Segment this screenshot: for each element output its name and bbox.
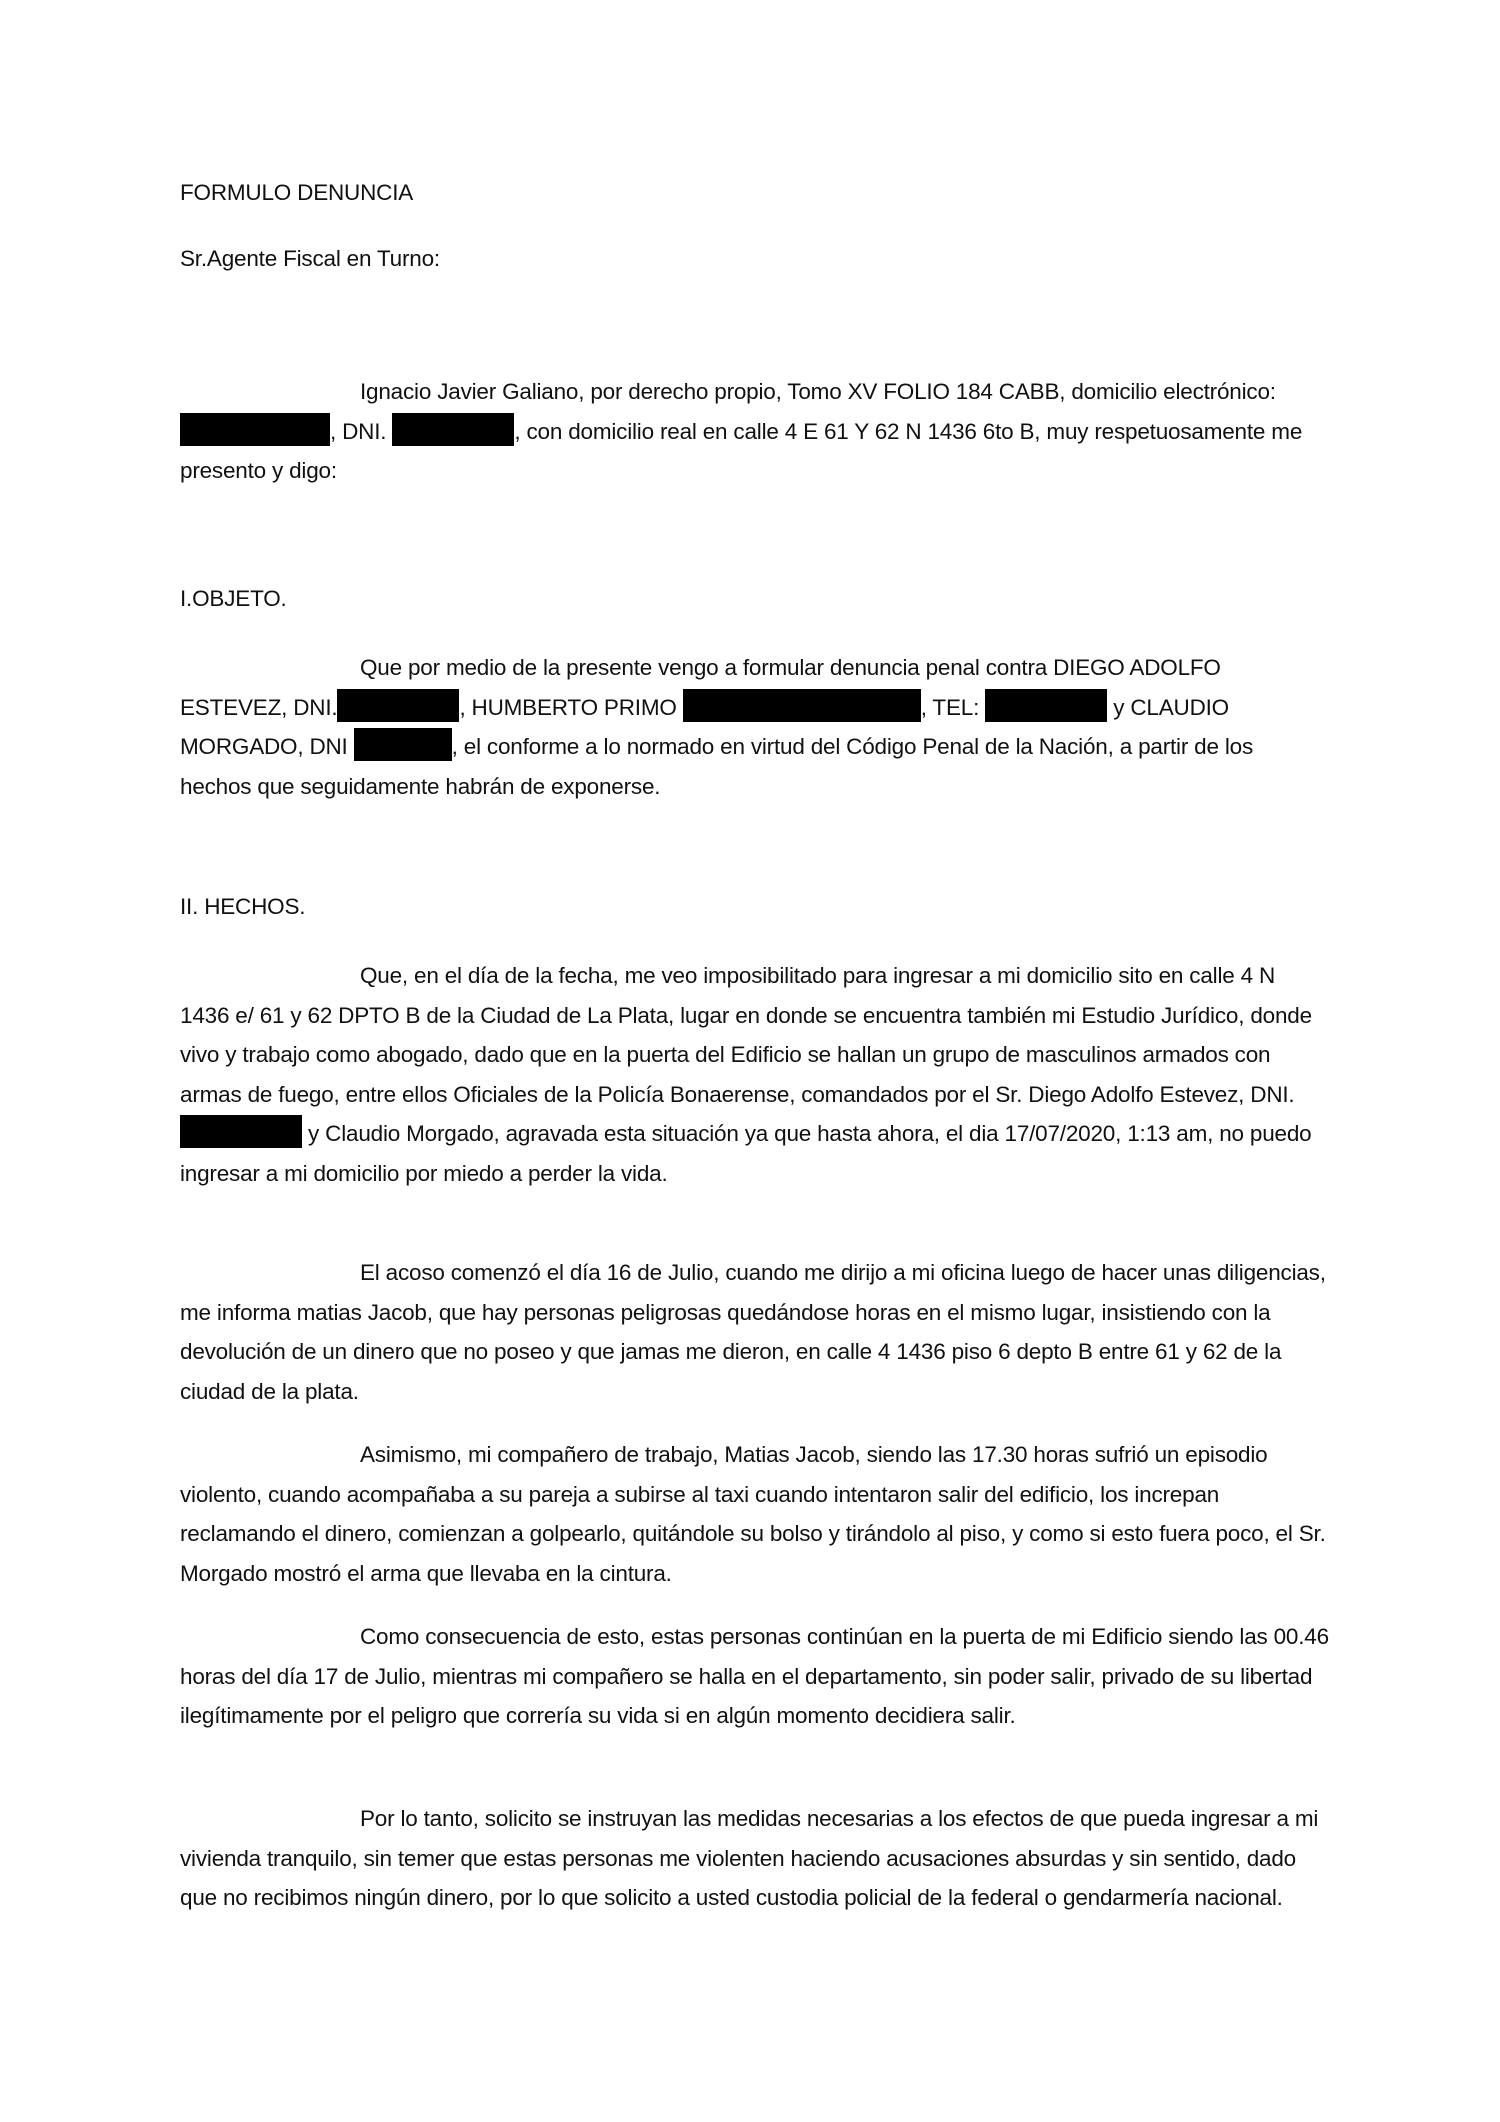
redacted-humberto-surname [683,689,921,722]
addressee: Sr.Agente Fiscal en Turno: [180,246,440,272]
objeto-paragraph: Que por medio de la presente vengo a for… [180,648,1330,806]
redacted-tel [985,689,1107,722]
intro-paragraph: Ignacio Javier Galiano, por derecho prop… [180,372,1330,491]
section-heading-hechos: II. HECHOS. [180,894,305,920]
hechos-paragraph-2: El acoso comenzó el día 16 de Julio, cua… [180,1253,1330,1411]
redacted-dni-morgado [354,728,452,761]
hechos-paragraph-1: Que, en el día de la fecha, me veo impos… [180,956,1330,1193]
redacted-dni [392,413,514,446]
redacted-email [180,413,330,446]
redacted-dni-estevez [337,689,459,722]
section-heading-objeto: I.OBJETO. [180,586,287,612]
hechos-paragraph-4: Como consecuencia de esto, estas persona… [180,1617,1330,1736]
document-title: FORMULO DENUNCIA [180,180,413,206]
hechos-paragraph-5: Por lo tanto, solicito se instruyan las … [180,1799,1330,1918]
redacted-dni-estevez-2 [180,1115,302,1148]
hechos-paragraph-3: Asimismo, mi compañero de trabajo, Matia… [180,1435,1330,1593]
